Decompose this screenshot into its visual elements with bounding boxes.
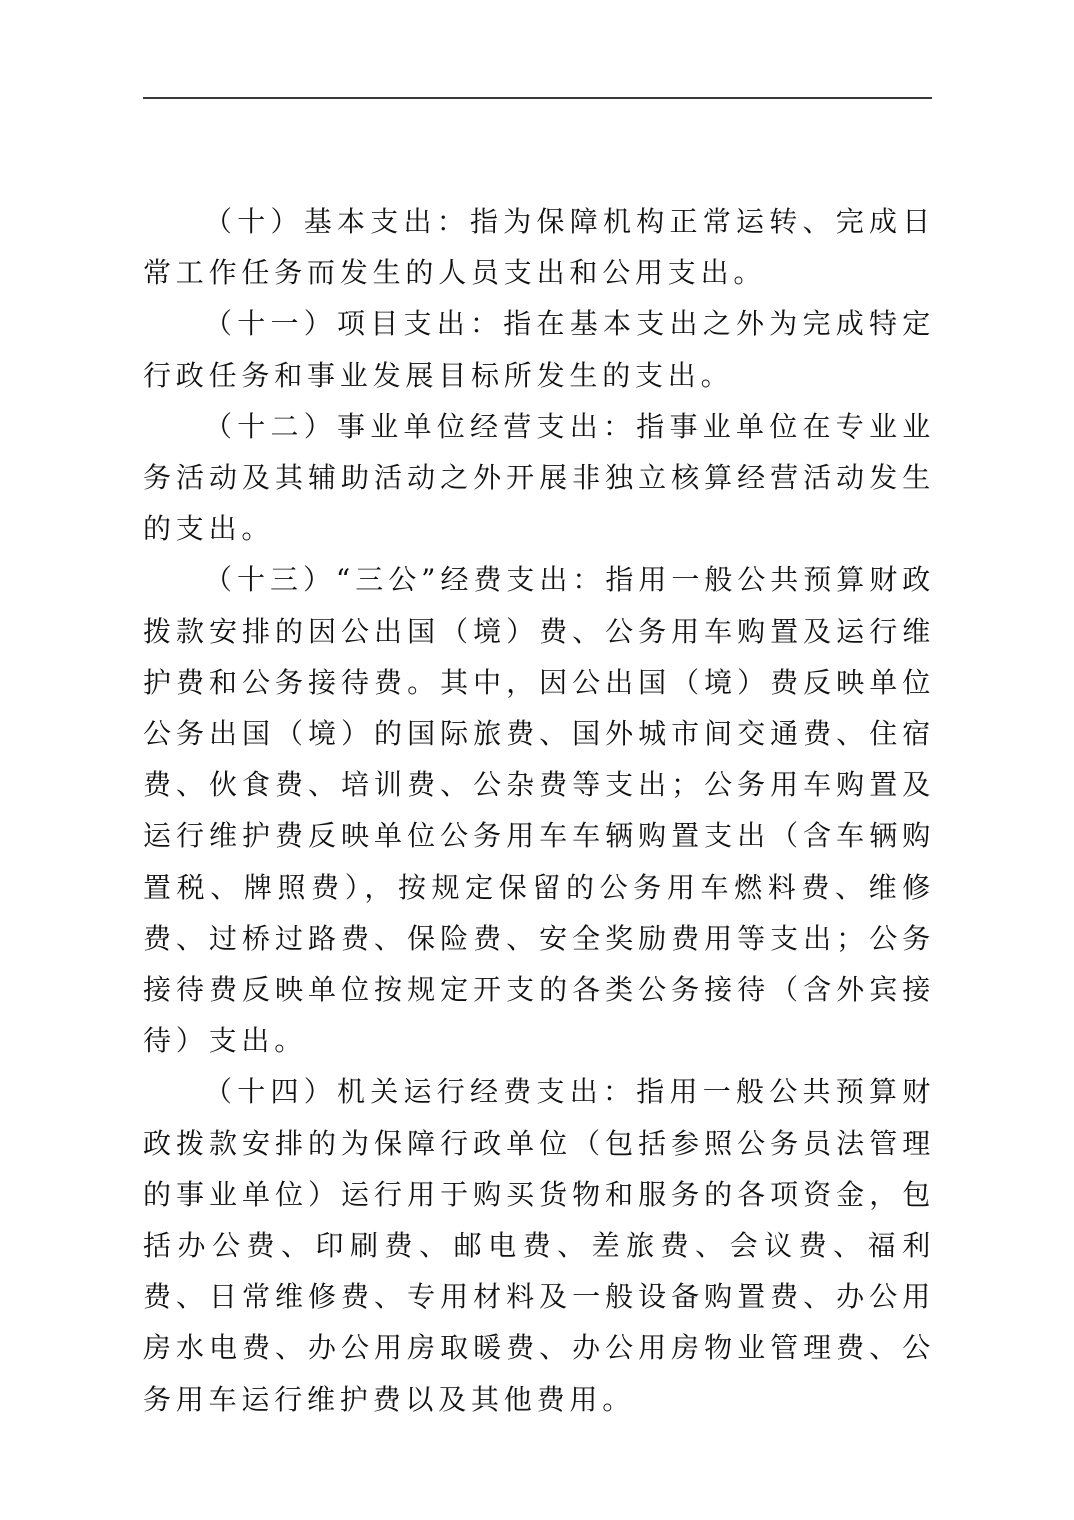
paragraph-three-public-expenditure: （十三）“三公”经费支出：指用一般公共预算财政拨款安排的因公出国（境）费、公务用… (143, 554, 935, 1066)
header-rule (143, 97, 932, 99)
document-body: （十）基本支出：指为保障机构正常运转、完成日常工作任务而发生的人员支出和公用支出… (143, 196, 935, 1425)
paragraph-project-expenditure: （十一）项目支出：指在基本支出之外为完成特定行政任务和事业发展目标所发生的支出。 (143, 298, 935, 400)
paragraph-business-operation-expenditure: （十二）事业单位经营支出：指事业单位在专业业务活动及其辅助活动之外开展非独立核算… (143, 401, 935, 555)
paragraph-basic-expenditure: （十）基本支出：指为保障机构正常运转、完成日常工作任务而发生的人员支出和公用支出… (143, 196, 935, 298)
paragraph-agency-operating-expenditure: （十四）机关运行经费支出：指用一般公共预算财政拨款安排的为保障行政单位（包括参照… (143, 1066, 935, 1424)
